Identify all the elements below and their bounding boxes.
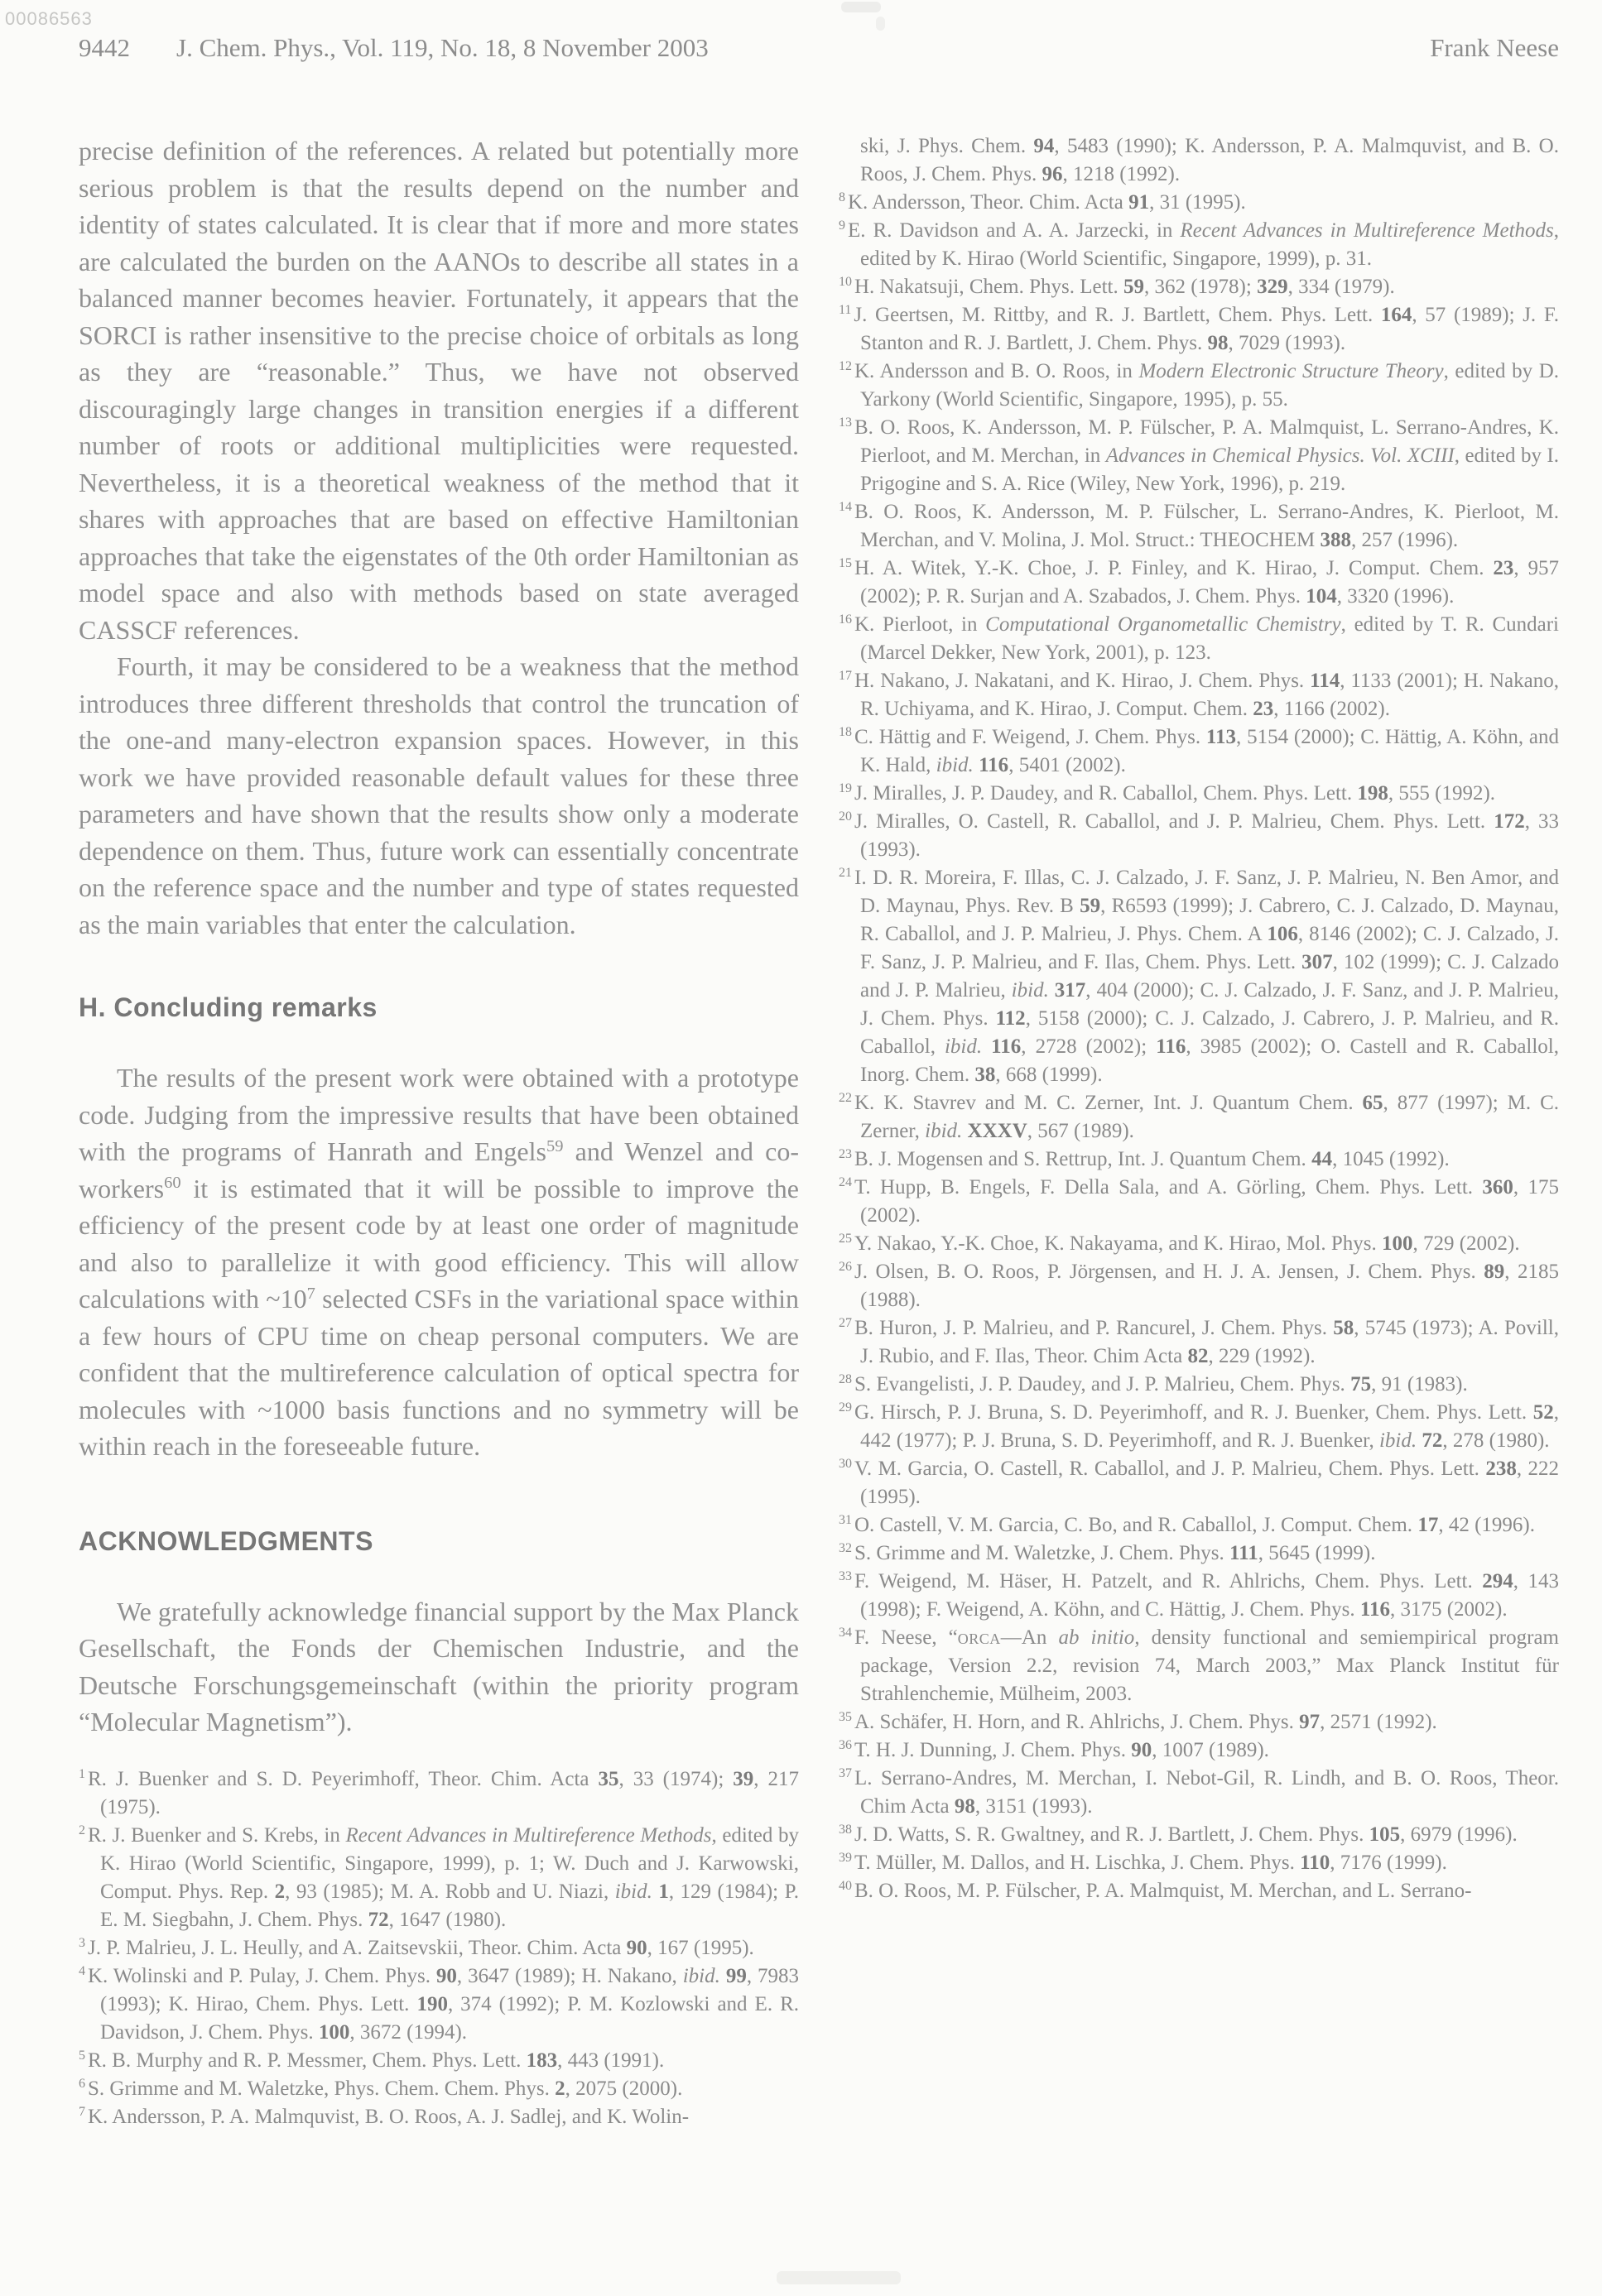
reference-item: 21I. D. R. Moreira, F. Illas, C. J. Calz… (839, 864, 1559, 1089)
reference-number: 11 (839, 303, 851, 317)
reference-item: 17H. Nakano, J. Nakatani, and K. Hirao, … (839, 667, 1559, 723)
scan-smudge (841, 2, 881, 12)
reference-number: 23 (839, 1147, 852, 1161)
running-head-left: 9442J. Chem. Phys., Vol. 119, No. 18, 8 … (79, 33, 709, 63)
reference-item: 33F. Weigend, M. Häser, H. Patzelt, and … (839, 1568, 1559, 1624)
reference-item: 5R. B. Murphy and R. P. Messmer, Chem. P… (79, 2047, 799, 2075)
reference-item: 31O. Castell, V. M. Garcia, C. Bo, and R… (839, 1511, 1559, 1539)
body-paragraph: Fourth, it may be considered to be a wea… (79, 648, 799, 943)
reference-number: 5 (79, 2049, 85, 2063)
reference-item: 35A. Schäfer, H. Horn, and R. Ahlrichs, … (839, 1708, 1559, 1736)
reference-item-continuation: ski, J. Phys. Chem. 94, 5483 (1990); K. … (839, 132, 1559, 189)
reference-number: 28 (839, 1372, 852, 1386)
reference-item: 37L. Serrano-Andres, M. Merchan, I. Nebo… (839, 1765, 1559, 1821)
scan-smudge (777, 2271, 901, 2284)
reference-number: 20 (839, 809, 852, 824)
reference-item: 14B. O. Roos, K. Andersson, M. P. Fülsch… (839, 498, 1559, 555)
reference-item: 39T. Müller, M. Dallos, and H. Lischka, … (839, 1849, 1559, 1877)
reference-item: 26J. Olsen, B. O. Roos, P. Jörgensen, an… (839, 1258, 1559, 1314)
reference-item: 16K. Pierloot, in Computational Organome… (839, 611, 1559, 667)
reference-item: 28S. Evangelisti, J. P. Daudey, and J. P… (839, 1371, 1559, 1399)
reference-number: 6 (79, 2077, 85, 2091)
reference-list-right-items: 8K. Andersson, Theor. Chim. Acta 91, 31 … (839, 189, 1559, 1905)
reference-number: 29 (839, 1400, 852, 1415)
reference-number: 40 (839, 1879, 852, 1893)
reference-item: 32S. Grimme and M. Waletzke, J. Chem. Ph… (839, 1539, 1559, 1568)
body-paragraph: precise definition of the references. A … (79, 132, 799, 648)
reference-number: 25 (839, 1232, 852, 1246)
left-column: precise definition of the references. A … (79, 132, 799, 2131)
reference-list-right: ski, J. Phys. Chem. 94, 5483 (1990); K. … (839, 132, 1559, 1905)
reference-item: 22K. K. Stavrev and M. C. Zerner, Int. J… (839, 1089, 1559, 1146)
reference-item: 27B. Huron, J. P. Malrieu, and P. Rancur… (839, 1314, 1559, 1371)
reference-number: 35 (839, 1710, 852, 1724)
reference-item: 9E. R. Davidson and A. A. Jarzecki, in R… (839, 217, 1559, 273)
scan-smudge (876, 17, 885, 31)
running-head-author: Frank Neese (1430, 33, 1559, 63)
reference-number: 36 (839, 1738, 852, 1752)
reference-item: 12K. Andersson and B. O. Roos, in Modern… (839, 358, 1559, 414)
reference-number: 32 (839, 1541, 852, 1555)
reference-item: 23B. J. Mogensen and S. Rettrup, Int. J.… (839, 1146, 1559, 1174)
reference-item: 18C. Hättig and F. Weigend, J. Chem. Phy… (839, 723, 1559, 780)
reference-item: 19J. Miralles, J. P. Daudey, and R. Caba… (839, 780, 1559, 808)
reference-item: 30V. M. Garcia, O. Castell, R. Caballol,… (839, 1455, 1559, 1511)
reference-number: 7 (79, 2105, 85, 2119)
reference-number: 16 (839, 612, 852, 627)
reference-number: 4 (79, 1964, 85, 1978)
reference-item: 15H. A. Witek, Y.-K. Choe, J. P. Finley,… (839, 555, 1559, 611)
reference-list-left: 1R. J. Buenker and S. D. Peyerimhoff, Th… (79, 1765, 799, 2131)
reference-item: 24T. Hupp, B. Engels, F. Della Sala, and… (839, 1174, 1559, 1230)
body-paragraph: We gratefully acknowledge financial supp… (79, 1593, 799, 1741)
reference-number: 17 (839, 669, 852, 683)
reference-number: 27 (839, 1316, 852, 1330)
reference-item: 36T. H. J. Dunning, J. Chem. Phys. 90, 1… (839, 1736, 1559, 1765)
reference-number: 38 (839, 1823, 852, 1837)
reference-item: 1R. J. Buenker and S. D. Peyerimhoff, Th… (79, 1765, 799, 1822)
reference-number: 22 (839, 1091, 852, 1105)
reference-item: 13B. O. Roos, K. Andersson, M. P. Fülsch… (839, 414, 1559, 498)
reference-number: 9 (839, 219, 845, 233)
right-column: ski, J. Phys. Chem. 94, 5483 (1990); K. … (839, 132, 1559, 2131)
reference-item: 11J. Geertsen, M. Rittby, and R. J. Bart… (839, 301, 1559, 358)
reference-item: 29G. Hirsch, P. J. Bruna, S. D. Peyerimh… (839, 1399, 1559, 1455)
reference-number: 39 (839, 1851, 852, 1865)
reference-item: 25Y. Nakao, Y.-K. Choe, K. Nakayama, and… (839, 1230, 1559, 1258)
two-column-body: precise definition of the references. A … (79, 132, 1559, 2131)
reference-number: 8 (839, 190, 845, 204)
reference-number: 3 (79, 1936, 85, 1950)
page-number: 9442 (79, 33, 130, 62)
reference-item: 4K. Wolinski and P. Pulay, J. Chem. Phys… (79, 1962, 799, 2047)
scan-id-number: 00086563 (5, 8, 93, 30)
journal-page-scan: 00086563 9442J. Chem. Phys., Vol. 119, N… (0, 0, 1602, 2296)
reference-number: 34 (839, 1626, 852, 1640)
reference-item: 38J. D. Watts, S. R. Gwaltney, and R. J.… (839, 1821, 1559, 1849)
reference-number: 2 (79, 1823, 85, 1837)
reference-number: 13 (839, 415, 852, 430)
journal-citation: J. Chem. Phys., Vol. 119, No. 18, 8 Nove… (176, 33, 709, 62)
reference-number: 31 (839, 1513, 852, 1527)
reference-item: 3J. P. Malrieu, J. L. Heully, and A. Zai… (79, 1934, 799, 1962)
reference-number: 10 (839, 275, 852, 289)
reference-item: 2R. J. Buenker and S. Krebs, in Recent A… (79, 1822, 799, 1934)
reference-number: 15 (839, 556, 852, 570)
section-heading-acknowledgments: ACKNOWLEDGMENTS (79, 1526, 799, 1557)
reference-number: 1 (79, 1767, 85, 1781)
reference-number: 12 (839, 359, 852, 373)
reference-number: 18 (839, 725, 852, 739)
reference-number: 30 (839, 1457, 852, 1471)
reference-item: 8K. Andersson, Theor. Chim. Acta 91, 31 … (839, 189, 1559, 217)
reference-number: 21 (839, 866, 852, 880)
section-heading-concluding-remarks: H. Concluding remarks (79, 992, 799, 1023)
running-head: 9442J. Chem. Phys., Vol. 119, No. 18, 8 … (79, 33, 1559, 63)
reference-number: 14 (839, 500, 852, 514)
reference-item: 34F. Neese, “orca—An ab initio, density … (839, 1624, 1559, 1708)
reference-item: 20J. Miralles, O. Castell, R. Caballol, … (839, 808, 1559, 864)
reference-item: 7K. Andersson, P. A. Malmquvist, B. O. R… (79, 2103, 799, 2131)
body-paragraph: The results of the present work were obt… (79, 1059, 799, 1465)
reference-item: 6S. Grimme and M. Waletzke, Phys. Chem. … (79, 2075, 799, 2103)
reference-number: 24 (839, 1175, 852, 1189)
reference-number: 26 (839, 1260, 852, 1274)
reference-item: 10H. Nakatsuji, Chem. Phys. Lett. 59, 36… (839, 273, 1559, 301)
reference-number: 19 (839, 781, 852, 795)
reference-item: 40B. O. Roos, M. P. Fülscher, P. A. Malm… (839, 1877, 1559, 1905)
reference-number: 37 (839, 1766, 852, 1780)
reference-number: 33 (839, 1569, 852, 1583)
